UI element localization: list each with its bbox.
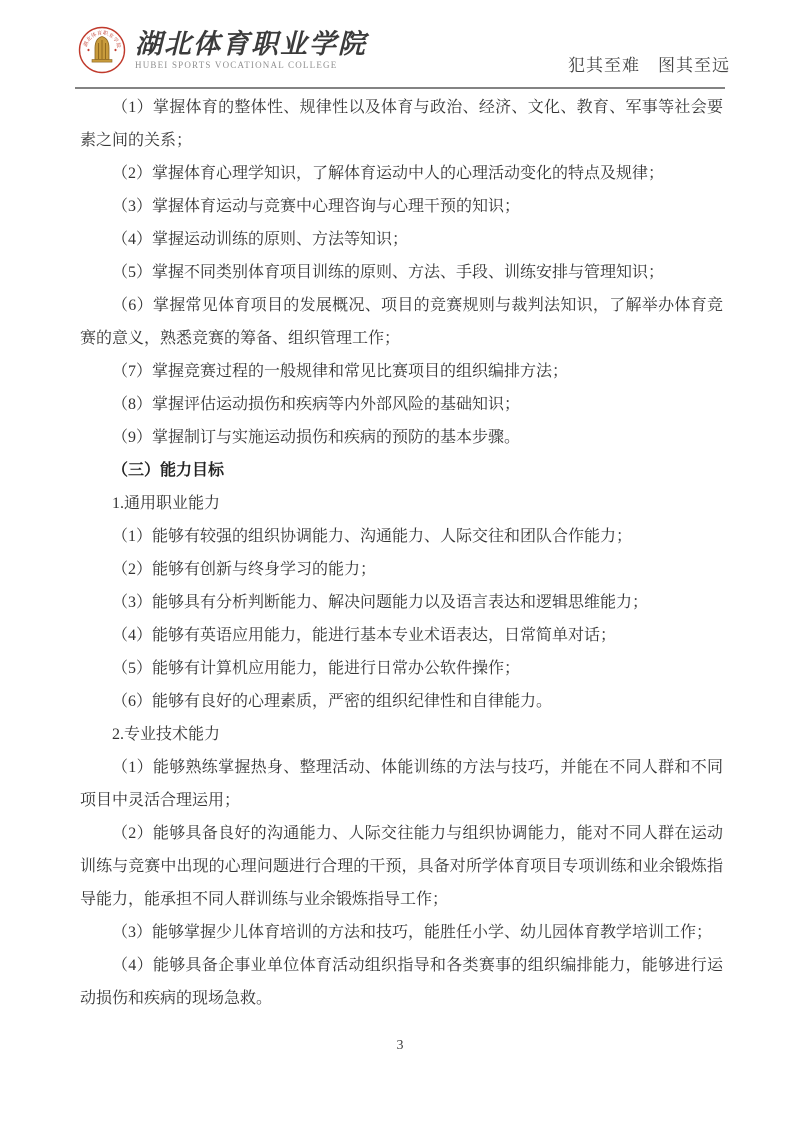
page-number: 3 xyxy=(0,1038,800,1054)
paragraph: （7）掌握竞赛过程的一般规律和常见比赛项目的组织编排方法； xyxy=(80,355,723,388)
paragraph: （4）能够有英语应用能力，能进行基本专业术语表达，日常简单对话； xyxy=(80,619,723,652)
subsection-title: 2.专业技术能力 xyxy=(80,718,723,751)
college-seal-icon: 湖北体育职业学院 xyxy=(78,26,126,74)
paragraph: （6）能够有良好的心理素质，严密的组织纪律性和自律能力。 xyxy=(80,685,723,718)
paragraph: （1）能够有较强的组织协调能力、沟通能力、人际交往和团队合作能力； xyxy=(80,520,723,553)
paragraph: （1）掌握体育的整体性、规律性以及体育与政治、经济、文化、教育、军事等社会要素之… xyxy=(80,91,723,157)
section-heading: （三）能力目标 xyxy=(80,454,723,487)
subsection-title: 1.通用职业能力 xyxy=(80,487,723,520)
college-name-en: HUBEI SPORTS VOCATIONAL COLLEGE xyxy=(135,60,367,70)
header-rule xyxy=(75,87,725,89)
paragraph: （8）掌握评估运动损伤和疾病等内外部风险的基础知识； xyxy=(80,388,723,421)
paragraph: （2）能够具备良好的沟通能力、人际交往能力与组织协调能力，能对不同人群在运动训练… xyxy=(80,817,723,916)
document-page: 湖北体育职业学院 湖北体育职业学院 HUBEI SPORTS VOCATIONA… xyxy=(0,0,800,1131)
college-names: 湖北体育职业学院 HUBEI SPORTS VOCATIONAL COLLEGE xyxy=(135,30,367,70)
paragraph: （6）掌握常见体育项目的发展概况、项目的竞赛规则与裁判法知识，了解举办体育竞赛的… xyxy=(80,289,723,355)
paragraph: （1）能够熟练掌握热身、整理活动、体能训练的方法与技巧，并能在不同人群和不同项目… xyxy=(80,751,723,817)
paragraph: （3）能够掌握少儿体育培训的方法和技巧，能胜任小学、幼儿园体育教学培训工作； xyxy=(80,916,723,949)
paragraph: （2）能够有创新与终身学习的能力； xyxy=(80,553,723,586)
paragraph: （3）能够具有分析判断能力、解决问题能力以及语言表达和逻辑思维能力； xyxy=(80,586,723,619)
paragraph: （4）掌握运动训练的原则、方法等知识； xyxy=(80,223,723,256)
paragraph: （4）能够具备企事业单位体育活动组织指导和各类赛事的组织编排能力，能够进行运动损… xyxy=(80,949,723,1015)
paragraph: （3）掌握体育运动与竞赛中心理咨询与心理干预的知识； xyxy=(80,190,723,223)
college-brand: 湖北体育职业学院 湖北体育职业学院 HUBEI SPORTS VOCATIONA… xyxy=(78,26,367,74)
paragraph: （5）掌握不同类别体育项目训练的原则、方法、手段、训练安排与管理知识； xyxy=(80,256,723,289)
college-name-zh: 湖北体育职业学院 xyxy=(135,30,367,58)
document-body: （1）掌握体育的整体性、规律性以及体育与政治、经济、文化、教育、军事等社会要素之… xyxy=(80,91,723,1015)
header-motto: 犯其至难 图其至远 xyxy=(568,51,730,76)
paragraph: （2）掌握体育心理学知识，了解体育运动中人的心理活动变化的特点及规律； xyxy=(80,157,723,190)
paragraph: （5）能够有计算机应用能力，能进行日常办公软件操作； xyxy=(80,652,723,685)
paragraph: （9）掌握制订与实施运动损伤和疾病的预防的基本步骤。 xyxy=(80,421,723,454)
